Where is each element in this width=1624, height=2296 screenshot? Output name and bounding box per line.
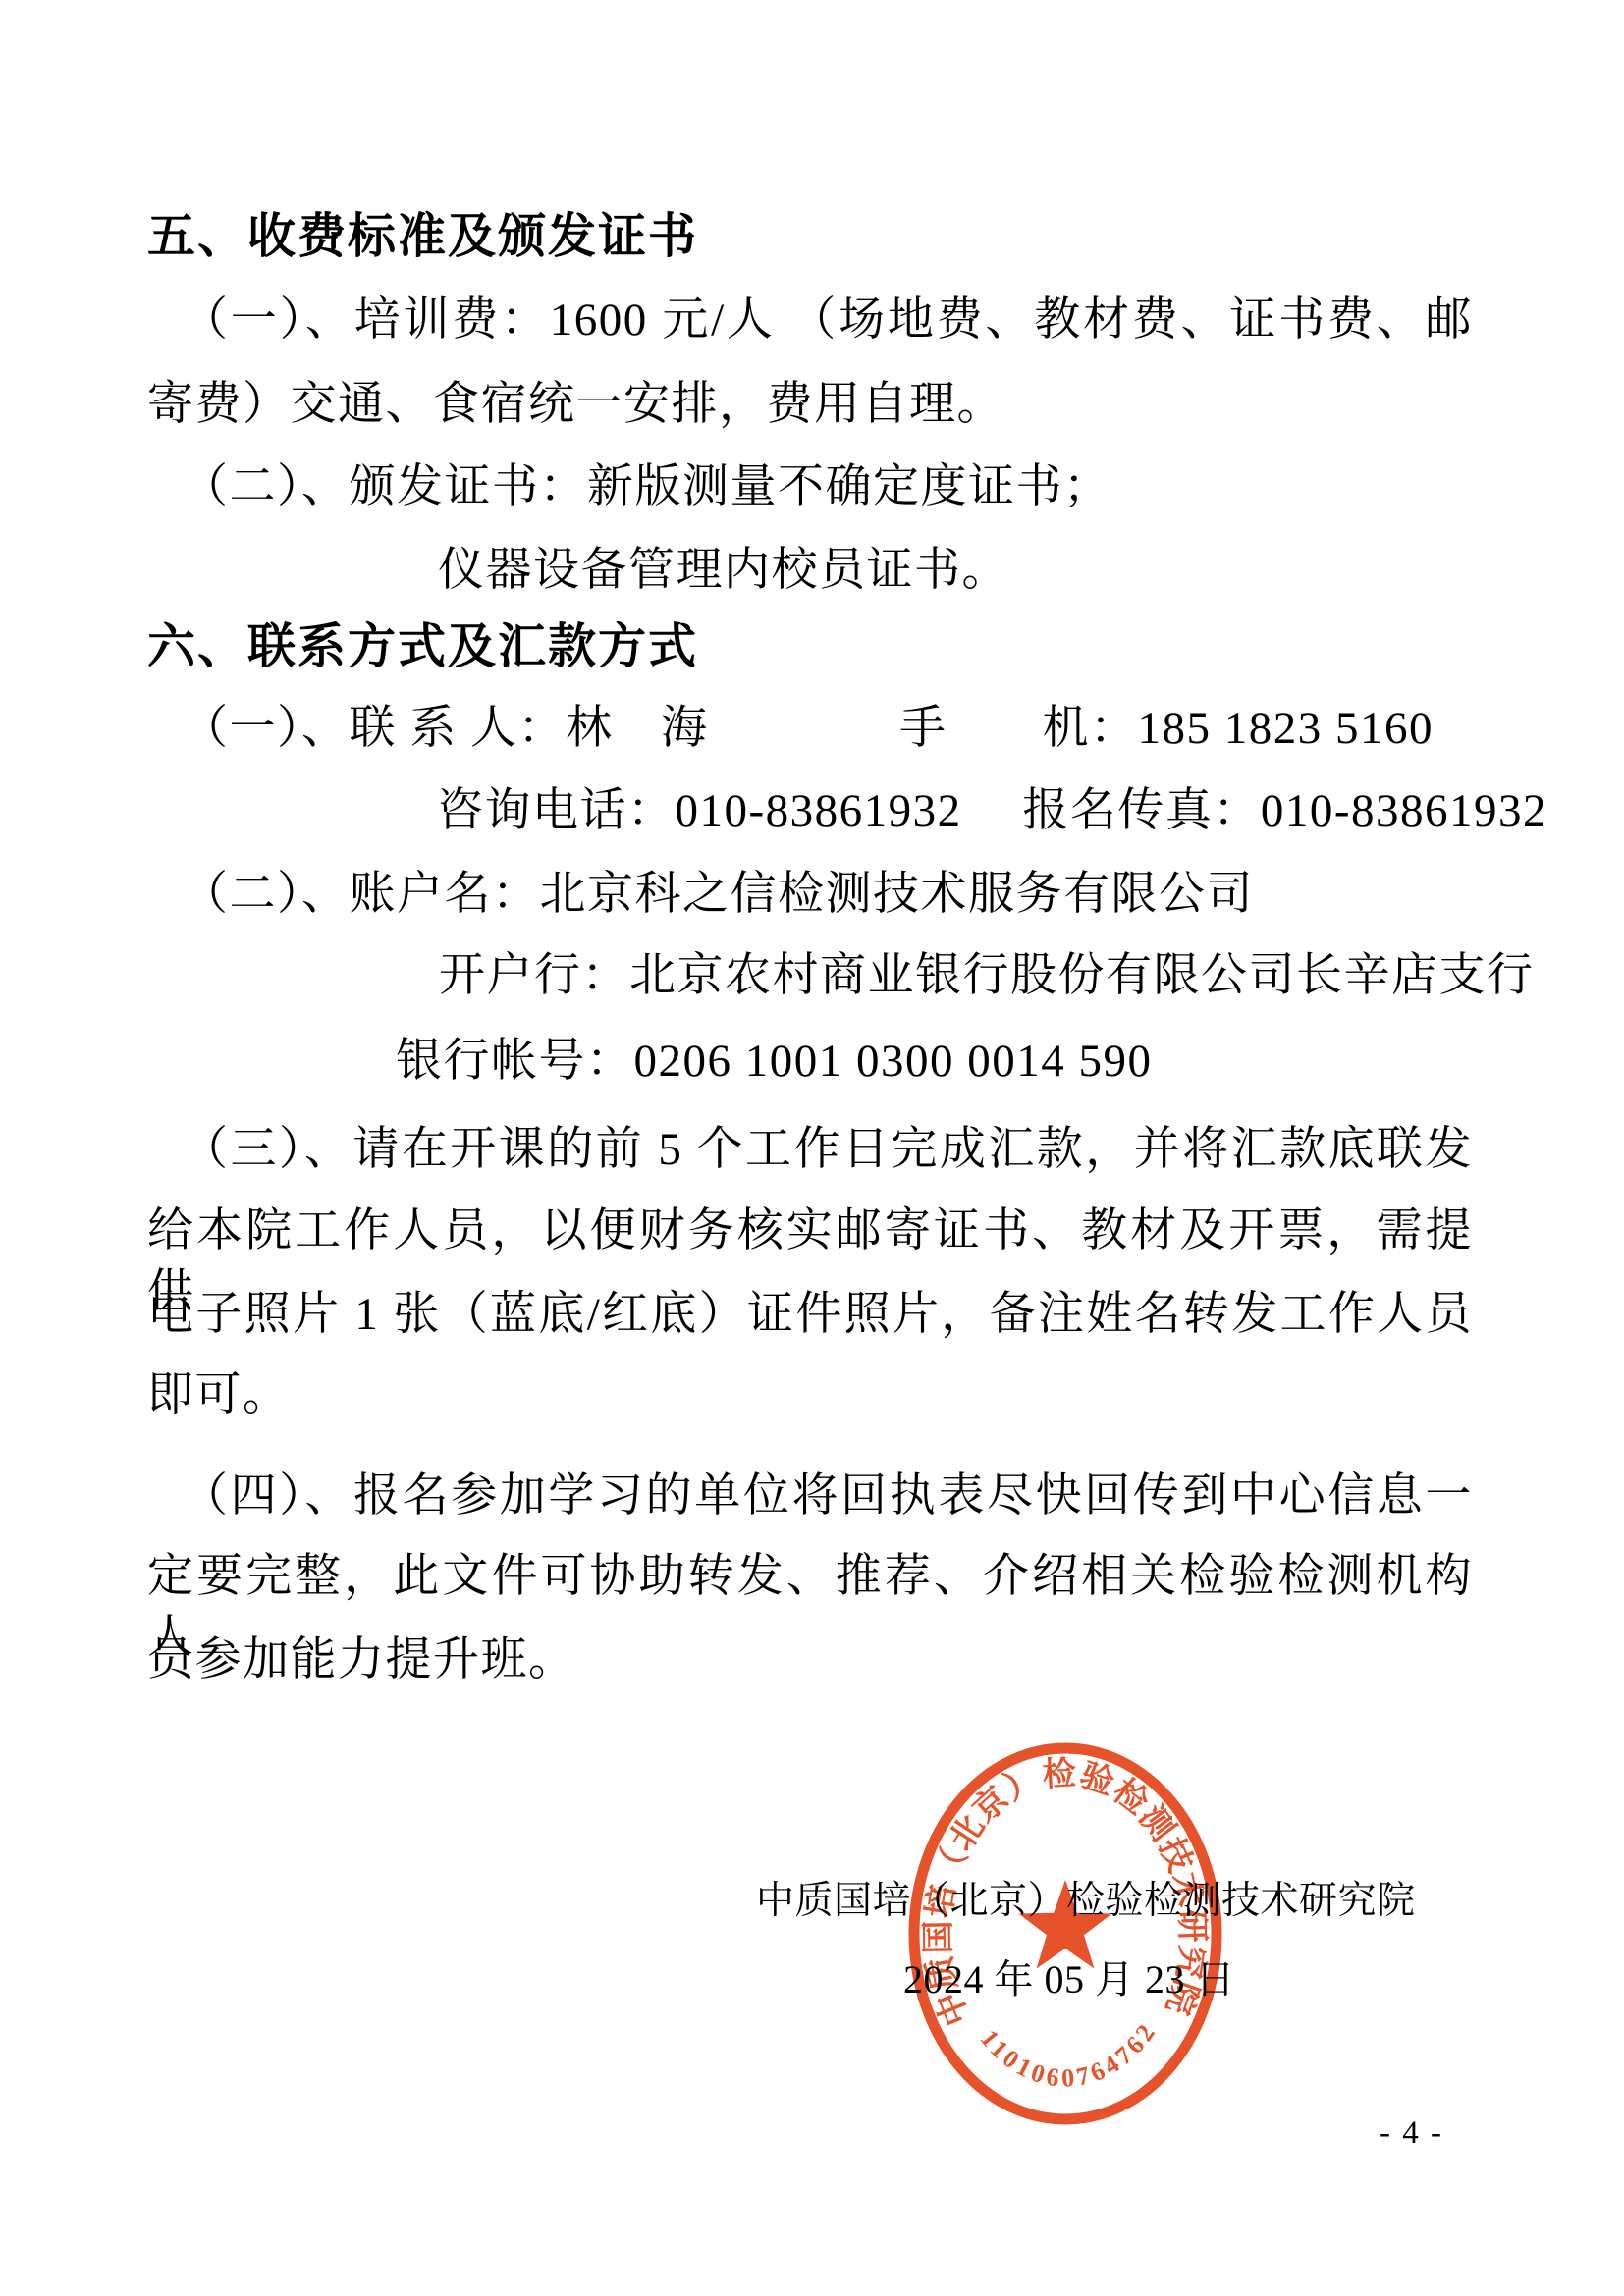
para-remit-line3: 电子照片 1 张（蓝底/红底）证件照片，备注姓名转发工作人员 (147, 1284, 1473, 1345)
para-reply-line3: 员参加能力提升班。 (147, 1629, 576, 1690)
para-contact-line1: （一）、联 系 人：林 海 手 机：185 1823 5160 (182, 698, 1434, 759)
para-fee-line2: 寄费）交通、食宿统一安排，费用自理。 (147, 374, 1004, 435)
para-account-name: （二）、账户名：北京科之信检测技术服务有限公司 (182, 864, 1254, 925)
para-certificate-line1: （二）、颁发证书：新版测量不确定度证书； (182, 456, 1111, 517)
document-page: 五、收费标准及颁发证书 （一）、培训费：1600 元/人 （场地费、教材费、证书… (0, 0, 1624, 2296)
official-stamp: 中质国培（北京）检验检测技术研究院 1101060764762 (889, 1735, 1252, 2138)
para-account-number: 银行帐号：0206 1001 0300 0014 590 (396, 1031, 1153, 1092)
para-remit-line1: （三）、请在开课的前 5 个工作日完成汇款，并将汇款底联发 (182, 1119, 1473, 1180)
stamp-serial-number: 1101060764762 (975, 2016, 1163, 2093)
stamp-star-icon (1018, 1880, 1111, 1969)
page-number: - 4 - (1380, 2115, 1443, 2152)
section-six-heading: 六、联系方式及汇款方式 (147, 616, 698, 677)
para-contact-line2: 咨询电话：010-83861932 报名传真：010-83861932 (437, 780, 1547, 841)
section-five-heading: 五、收费标准及颁发证书 (147, 206, 698, 267)
para-remit-line4: 即可。 (147, 1364, 291, 1425)
para-account-bank: 开户行：北京农村商业银行股份有限公司长辛店支行 (439, 945, 1535, 1006)
para-reply-line1: （四）、报名参加学习的单位将回执表尽快回传到中心信息一 (182, 1466, 1473, 1526)
para-fee-line1: （一）、培训费：1600 元/人 （场地费、教材费、证书费、邮 (182, 290, 1473, 350)
contact-mobile: 手 机：185 1823 5160 (899, 698, 1434, 759)
para-certificate-line2: 仪器设备管理内校员证书。 (438, 540, 1009, 601)
svg-text:1101060764762: 1101060764762 (975, 2016, 1163, 2093)
contact-person: （一）、联 系 人：林 海 (182, 698, 709, 759)
